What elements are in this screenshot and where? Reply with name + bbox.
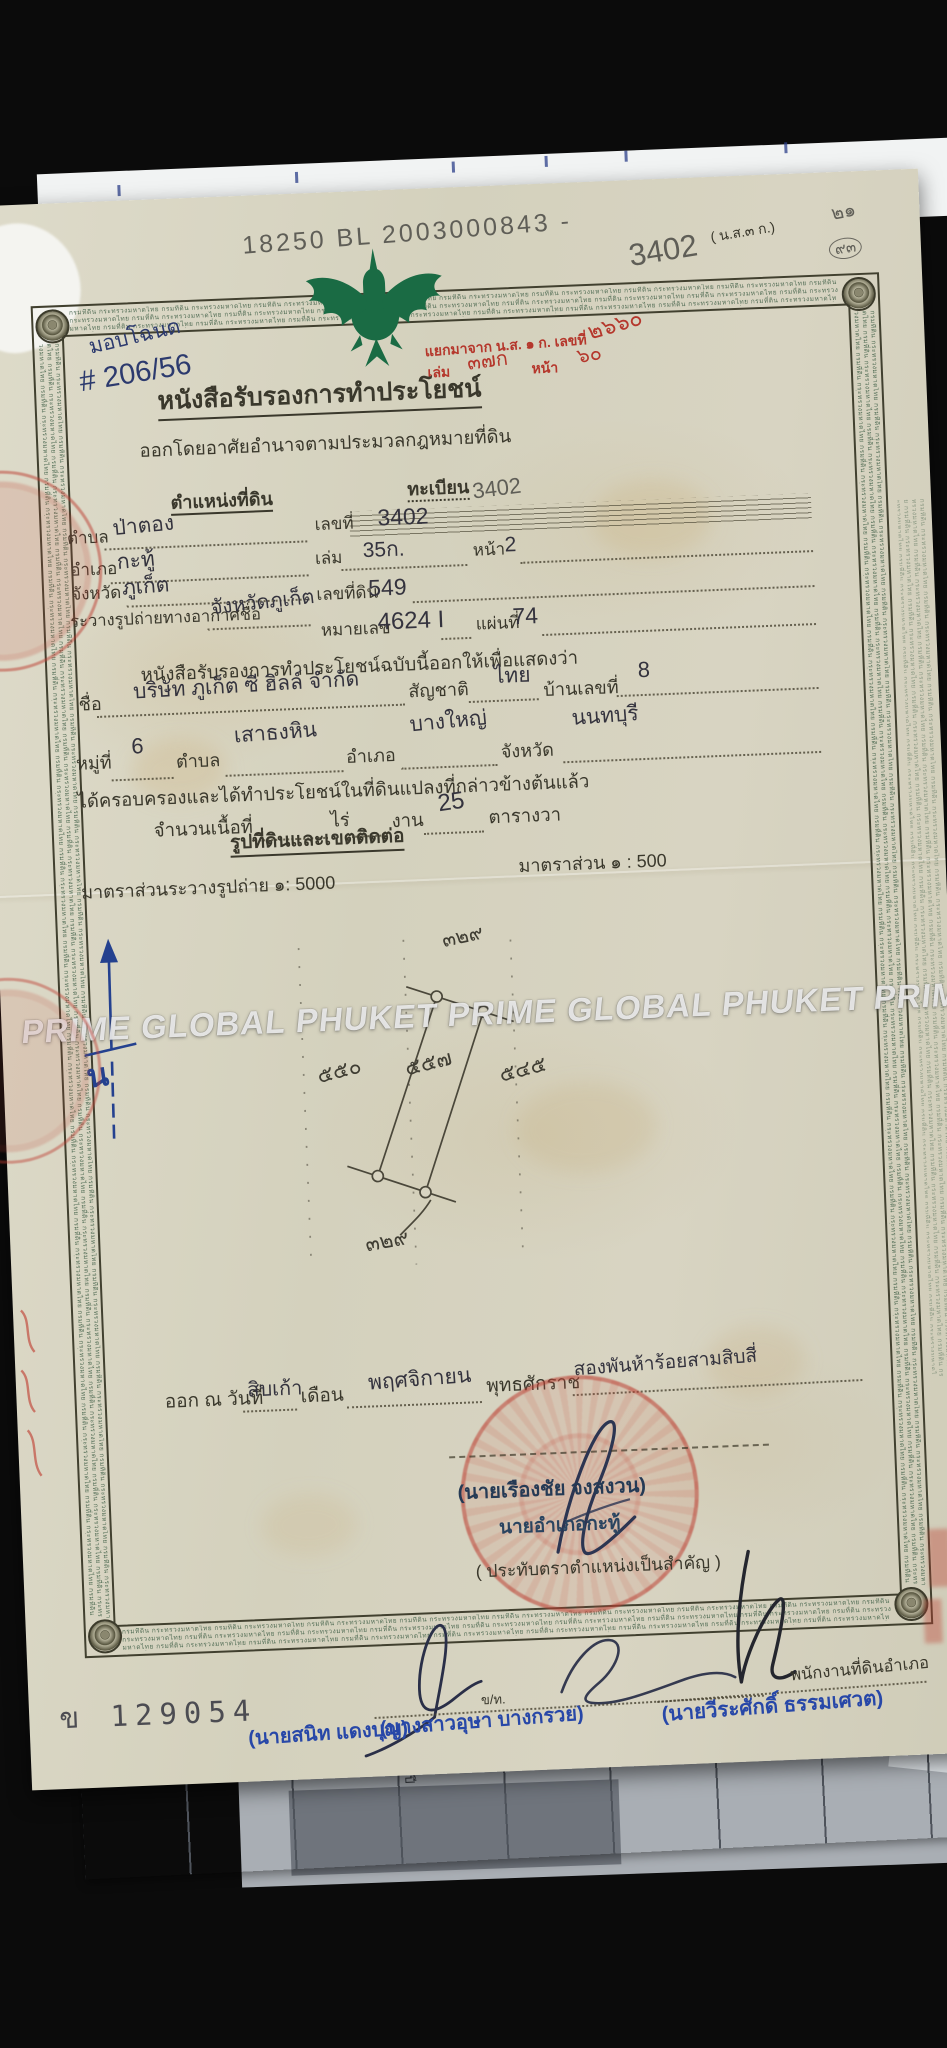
deed-serial-stamp: ข 129054 [59,1694,258,1735]
split-note-page-value: ๖๐ [575,342,604,369]
page-label: หน้า [472,539,505,560]
moo-label: หมู่ที่ [76,752,112,774]
book-value: 35ก. [362,537,405,563]
red-edge-marks [13,1299,63,1491]
staple-mark [295,172,298,183]
staple-mark [784,142,787,153]
holder-amphoe-label: อำเภอ [346,745,397,768]
land-plot-sketch [238,923,586,1276]
book-label: เล่ม [315,548,343,569]
deed-paper: กรมที่ดิน กระทรวงมหาดไทย กรมที่ดิน กระทร… [0,169,947,1791]
issue-day-value: สิบเก้า [247,1377,303,1402]
amphoe-value: กะทู้ [116,548,156,576]
parcel-number-value: 3402 [377,503,429,531]
corner-circled-number: ๙๓ [828,236,864,262]
page-value: 2 [504,533,517,558]
photo-of-land-deed: วันเดือนปี กรมที่ดิน กระทรวงมหาดไทย กรมท… [0,0,947,2048]
staple-mark [117,185,120,196]
changwat-value: ภูเก็ต [121,573,170,601]
sheet-value: 74 [512,602,539,629]
nationality-label: สัญชาติ [408,679,469,702]
nationality-value: ไทย [493,664,531,690]
corner-seal-icon [841,276,876,311]
square-wa-label: ตารางวา [488,803,561,827]
staple-mark [452,162,455,173]
holder-tambon-label: ตำบล [176,750,221,772]
moo-value: 6 [131,733,144,759]
issue-month-label: เดือน [300,1385,344,1409]
split-note-page-label: หน้า [531,359,558,376]
corner-page-number: ๒๑ [829,199,857,225]
sheet-number-value: 4624 I [377,606,445,636]
registry-heading: ทะเบียน [407,477,470,502]
corner-seal-icon [87,1619,122,1654]
land-number-value: 549 [368,573,407,601]
house-number-label: บ้านเลขที่ [543,677,619,701]
holder-changwat-label: จังหวัด [500,740,554,763]
footer-initials: ข/ท. [481,1692,506,1708]
square-wa-value: 25 [436,787,466,818]
staple-mark [624,151,627,162]
form-code: ( น.ส.๓ ก.) [709,219,776,245]
deed-number-annotation: 3402 [626,227,700,273]
holder-changwat-value: นนทบุรี [571,702,640,731]
location-heading: ตำแหน่งที่ดิน [170,489,273,516]
red-smudge [923,1599,943,1644]
parcel-number-label: เลขที่ [314,514,354,535]
holder-name-label: ชื่อ [78,694,102,716]
house-number-value: 8 [637,657,650,683]
red-smudge [927,1528,947,1587]
staple-mark [544,156,547,167]
